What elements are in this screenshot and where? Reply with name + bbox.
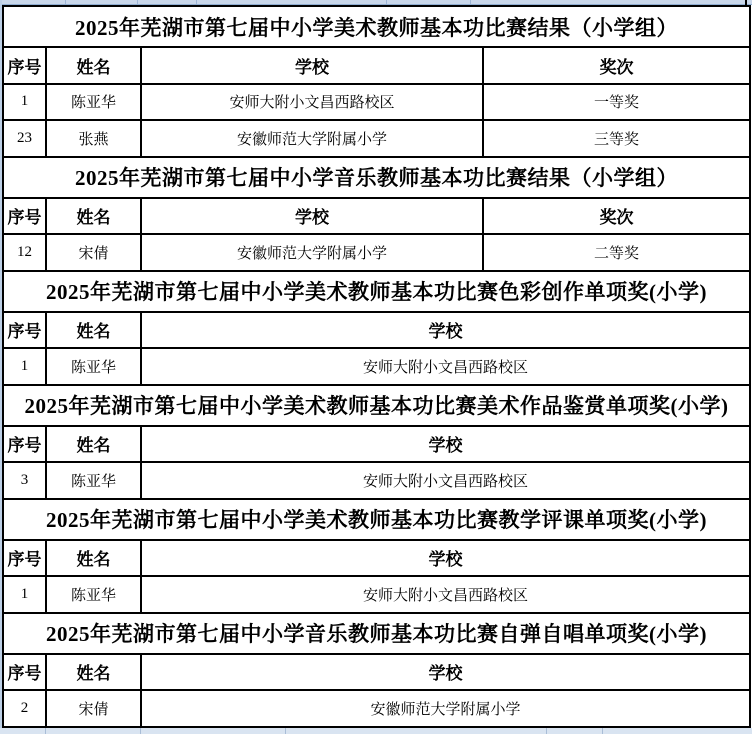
table-row: 23张燕安徽师范大学附属小学三等奖 [3,120,750,157]
award-table-3: 2025年芜湖市第七届中小学美术教师基本功比赛色彩创作单项奖(小学)序号姓名学校… [2,270,751,386]
award-table-4: 2025年芜湖市第七届中小学美术教师基本功比赛美术作品鉴赏单项奖(小学)序号姓名… [2,384,751,500]
table-title: 2025年芜湖市第七届中小学音乐教师基本功比赛自弹自唱单项奖(小学) [3,613,750,654]
gridline [285,728,286,734]
table-cell: 安徽师范大学附属小学 [141,120,483,157]
table-cell: 3 [3,462,46,499]
award-tables-container: 2025年芜湖市第七届中小学美术教师基本功比赛结果（小学组）序号姓名学校奖次1陈… [2,5,749,728]
column-header: 学校 [141,540,750,577]
column-header: 奖次 [483,47,750,84]
table-row: 12宋倩安徽师范大学附属小学二等奖 [3,234,750,271]
table-cell: 陈亚华 [46,348,141,385]
table-cell: 宋倩 [46,690,141,727]
column-header: 学校 [141,198,483,235]
table-row: 1陈亚华安师大附小文昌西路校区一等奖 [3,84,750,121]
table-cell: 安徽师范大学附属小学 [141,690,750,727]
gridline [196,0,197,4]
table-cell: 一等奖 [483,84,750,121]
column-header: 姓名 [46,198,141,235]
left-spreadsheet-gridline [0,0,2,734]
bottom-spreadsheet-gridline-strip [0,728,752,734]
award-table-2: 2025年芜湖市第七届中小学音乐教师基本功比赛结果（小学组）序号姓名学校奖次12… [2,156,751,272]
table-cell: 三等奖 [483,120,750,157]
column-header: 序号 [3,312,46,349]
award-table-6: 2025年芜湖市第七届中小学音乐教师基本功比赛自弹自唱单项奖(小学)序号姓名学校… [2,612,751,728]
award-table-1: 2025年芜湖市第七届中小学美术教师基本功比赛结果（小学组）序号姓名学校奖次1陈… [2,5,751,158]
column-header: 姓名 [46,312,141,349]
results-document-page: 2025年芜湖市第七届中小学美术教师基本功比赛结果（小学组）序号姓名学校奖次1陈… [0,0,752,734]
table-cell: 1 [3,84,46,121]
table-cell: 陈亚华 [46,576,141,613]
column-header: 姓名 [46,426,141,463]
table-row: 1陈亚华安师大附小文昌西路校区 [3,348,750,385]
table-title: 2025年芜湖市第七届中小学音乐教师基本功比赛结果（小学组） [3,157,750,198]
table-cell: 安师大附小文昌西路校区 [141,84,483,121]
gridline [386,0,387,4]
table-row: 1陈亚华安师大附小文昌西路校区 [3,576,750,613]
award-table-5: 2025年芜湖市第七届中小学美术教师基本功比赛教学评课单项奖(小学)序号姓名学校… [2,498,751,614]
column-header: 序号 [3,47,46,84]
column-header: 姓名 [46,654,141,691]
table-cell: 2 [3,690,46,727]
column-header: 奖次 [483,198,750,235]
column-header: 序号 [3,540,46,577]
table-row: 3陈亚华安师大附小文昌西路校区 [3,462,750,499]
gridline [140,728,141,734]
column-header: 学校 [141,654,750,691]
table-title: 2025年芜湖市第七届中小学美术教师基本功比赛结果（小学组） [3,6,750,47]
table-cell: 1 [3,348,46,385]
table-title: 2025年芜湖市第七届中小学美术教师基本功比赛色彩创作单项奖(小学) [3,271,750,312]
gridline [137,0,138,4]
table-cell: 安师大附小文昌西路校区 [141,462,750,499]
table-cell: 安徽师范大学附属小学 [141,234,483,271]
table-cell: 陈亚华 [46,84,141,121]
gridline [470,0,471,4]
table-cell: 安师大附小文昌西路校区 [141,348,750,385]
gridline [65,0,66,4]
gridline [45,728,46,734]
column-header: 学校 [141,426,750,463]
column-header: 姓名 [46,540,141,577]
table-cell: 1 [3,576,46,613]
column-header: 序号 [3,426,46,463]
table-cell: 23 [3,120,46,157]
table-cell: 陈亚华 [46,462,141,499]
table-title: 2025年芜湖市第七届中小学美术教师基本功比赛教学评课单项奖(小学) [3,499,750,540]
column-header: 序号 [3,198,46,235]
table-cell: 二等奖 [483,234,750,271]
gridline [546,728,547,734]
table-cell: 宋倩 [46,234,141,271]
column-header: 姓名 [46,47,141,84]
table-cell: 张燕 [46,120,141,157]
gridline [602,728,603,734]
table-cell: 12 [3,234,46,271]
table-title: 2025年芜湖市第七届中小学美术教师基本功比赛美术作品鉴赏单项奖(小学) [3,385,750,426]
column-header: 序号 [3,654,46,691]
table-row: 2宋倩安徽师范大学附属小学 [3,690,750,727]
column-header: 学校 [141,312,750,349]
table-cell: 安师大附小文昌西路校区 [141,576,750,613]
column-header: 学校 [141,47,483,84]
